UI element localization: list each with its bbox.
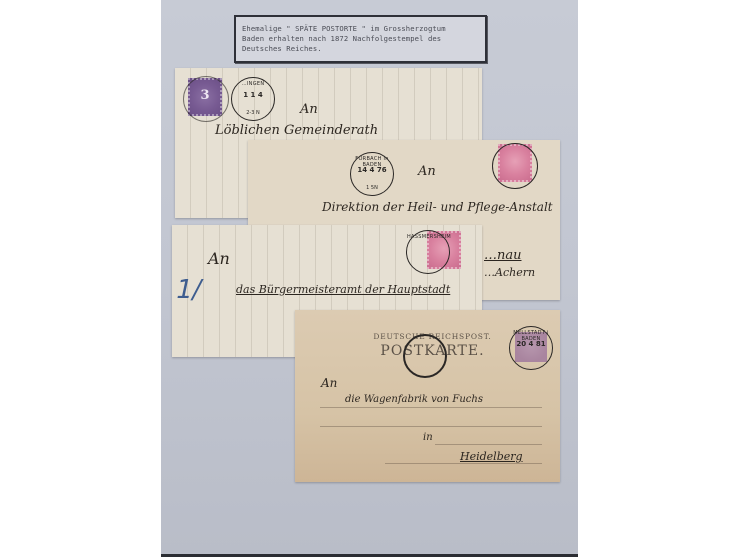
label-line-2: Baden erhalten nach 1872 Nachfolgestempe…: [242, 34, 441, 43]
address-rule: [320, 426, 542, 427]
postmark-date: 20 4 81: [510, 341, 552, 348]
label-line-3: Deutsches Reiches.: [242, 44, 322, 53]
blue-crayon-mark: 1/: [173, 275, 205, 305]
address-line: in: [423, 432, 433, 443]
address-line: Direktion der Heil- und Pflege-Anstalt: [322, 200, 553, 214]
address-rule: [435, 444, 542, 445]
postmark-date: 1 1 4: [232, 92, 274, 99]
address-line: die Wagenfabrik von Fuchs: [345, 394, 483, 405]
postmark-date: 14 4 76: [351, 167, 393, 174]
postmark-town: HASSMERSHEIM: [407, 234, 449, 240]
address-line: Heidelberg: [460, 450, 523, 463]
postmark-circle: [183, 76, 229, 122]
address-line: das Bürgermeisteramt der Hauptstadt: [236, 283, 450, 296]
postmark-town: …INGEN: [232, 81, 274, 87]
postmark-on-stamp: [492, 143, 538, 189]
address-line: An: [321, 376, 337, 390]
postmark-time: 2-3 N: [232, 110, 274, 116]
postmark: …INGEN 1 1 4 2-3 N: [231, 77, 275, 121]
address-rule: [385, 463, 542, 464]
address-line: An: [418, 164, 436, 179]
address-line: An: [300, 102, 318, 117]
postmark-time: 1 5N: [351, 185, 393, 191]
postmark-dumb: [403, 334, 447, 378]
description-text: Ehemalige " SPÄTE POSTORTE " im Grossher…: [242, 24, 481, 54]
postmark: FORBACH in BADEN 14 4 76 1 5N: [350, 152, 394, 196]
address-line: …Achern: [484, 266, 535, 279]
postmark: MELLSTADT i BADEN 20 4 81: [509, 326, 553, 370]
address-rule: [320, 407, 542, 408]
address-line: …nau: [484, 248, 522, 263]
address-line: An: [208, 249, 230, 268]
label-line-1: Ehemalige " SPÄTE POSTORTE " im Grossher…: [242, 24, 446, 33]
address-line: Löblichen Gemeinderath: [215, 123, 378, 138]
description-label: Ehemalige " SPÄTE POSTORTE " im Grossher…: [234, 15, 487, 63]
postmark: HASSMERSHEIM: [406, 230, 450, 274]
postcard: DEUTSCHE REICHSPOST. POSTKARTE. MELLSTAD…: [295, 310, 560, 482]
